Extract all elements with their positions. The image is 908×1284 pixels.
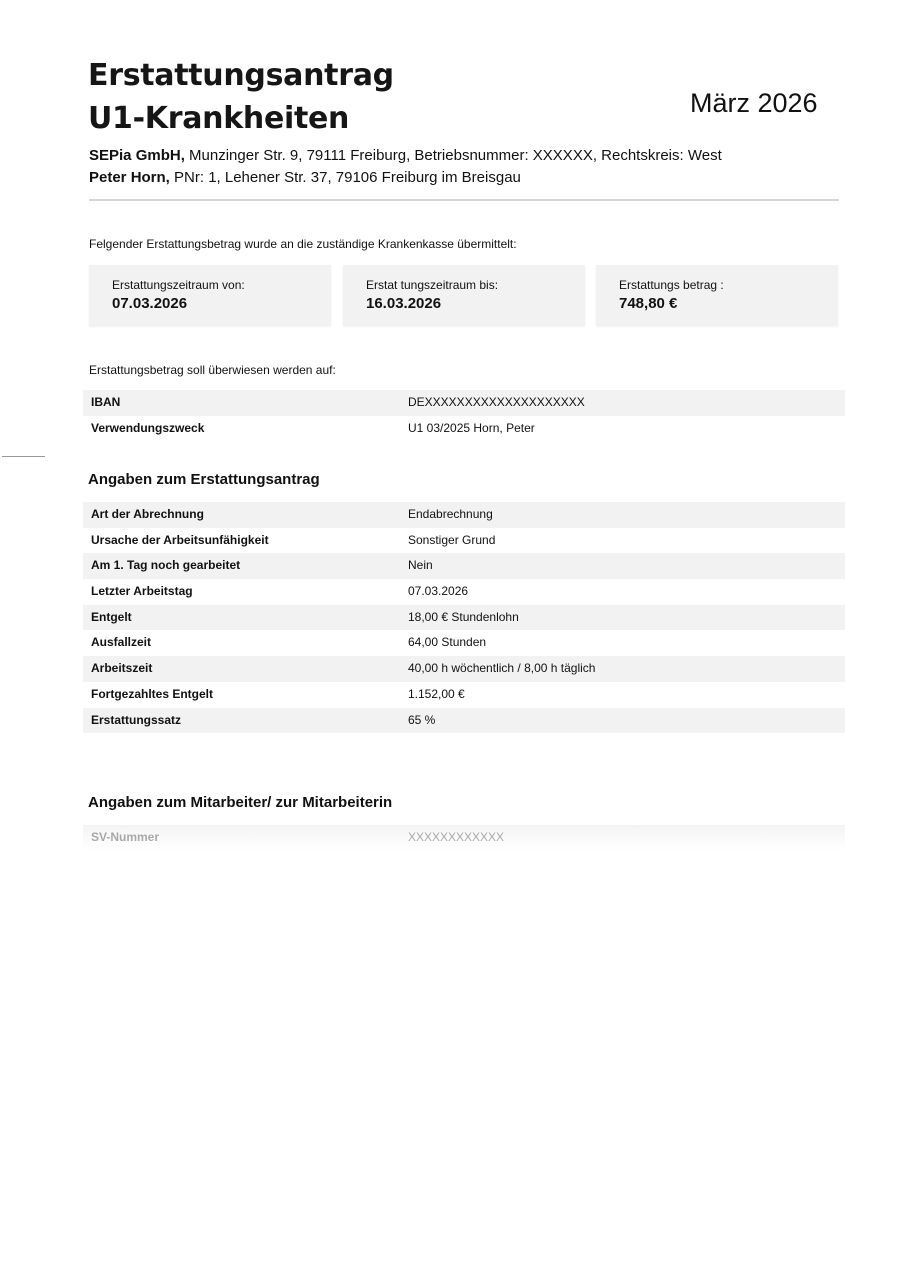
card-refund-amount: Erstattungs betrag : 748,80 €	[596, 265, 838, 326]
card-value: 748,80 €	[619, 295, 677, 312]
row-key: Entgelt	[91, 610, 132, 624]
card-period-from: Erstattungszeitraum von: 07.03.2026	[89, 265, 331, 326]
table-row: Entgelt18,00 € Stundenlohn	[83, 605, 845, 631]
fold-mark	[2, 456, 45, 457]
application-table: Art der AbrechnungEndabrechnung Ursache …	[83, 502, 845, 733]
table-row: SV-Nummer XXXXXXXXXXXX	[83, 825, 845, 851]
row-value: Nein	[408, 558, 433, 572]
row-key: Erstattungssatz	[91, 713, 181, 727]
employer-line: SEPia GmbH, Munzinger Str. 9, 79111 Frei…	[89, 145, 722, 167]
table-row: Art der AbrechnungEndabrechnung	[83, 502, 845, 528]
employee-table: SV-Nummer XXXXXXXXXXXX	[83, 825, 845, 851]
row-key: Ausfallzeit	[91, 635, 151, 649]
row-value: U1 03/2025 Horn, Peter	[408, 421, 535, 435]
table-row: Ursache der ArbeitsunfähigkeitSonstiger …	[83, 528, 845, 554]
row-value: XXXXXXXXXXXX	[408, 830, 504, 844]
row-key: Am 1. Tag noch gearbeitet	[91, 558, 240, 572]
card-period-to: Erstat tungszeitraum bis: 16.03.2026	[343, 265, 585, 326]
title-line-1: Erstattungsantrag	[88, 54, 394, 97]
row-value: 40,00 h wöchentlich / 8,00 h täglich	[408, 661, 595, 675]
employer-details: Munzinger Str. 9, 79111 Freiburg, Betrie…	[185, 147, 722, 164]
transfer-intro: Erstattungsbetrag soll überwiesen werden…	[89, 363, 336, 377]
row-key: IBAN	[91, 395, 120, 409]
summary-cards: Erstattungszeitraum von: 07.03.2026 Erst…	[89, 265, 839, 326]
row-key: Fortgezahltes Entgelt	[91, 687, 213, 701]
employer-name: SEPia GmbH,	[89, 147, 185, 164]
employee-details: PNr: 1, Lehener Str. 37, 79106 Freiburg …	[170, 169, 521, 186]
table-row: Arbeitszeit40,00 h wöchentlich / 8,00 h …	[83, 656, 845, 682]
row-key: Arbeitszeit	[91, 661, 152, 675]
row-key: Ursache der Arbeitsunfähigkeit	[91, 533, 269, 547]
row-value: 07.03.2026	[408, 584, 468, 598]
row-value: 64,00 Stunden	[408, 635, 486, 649]
card-label: Erstattungszeitraum von:	[112, 278, 245, 292]
table-row: Ausfallzeit64,00 Stunden	[83, 630, 845, 656]
title-line-2: U1-Krankheiten	[88, 97, 394, 140]
document-title: Erstattungsantrag U1-Krankheiten	[88, 54, 394, 140]
table-row: Fortgezahltes Entgelt1.152,00 €	[83, 682, 845, 708]
card-label: Erstattungs betrag :	[619, 278, 724, 292]
card-label: Erstat tungszeitraum bis:	[366, 278, 498, 292]
row-value: 65 %	[408, 713, 435, 727]
row-key: Verwendungszweck	[91, 421, 204, 435]
table-row: Verwendungszweck U1 03/2025 Horn, Peter	[83, 416, 845, 442]
row-value: 18,00 € Stundenlohn	[408, 610, 519, 624]
table-row: Am 1. Tag noch gearbeitetNein	[83, 553, 845, 579]
header-meta: SEPia GmbH, Munzinger Str. 9, 79111 Frei…	[89, 145, 722, 189]
card-value: 16.03.2026	[366, 295, 441, 312]
header-divider	[89, 199, 839, 201]
table-row: IBAN DEXXXXXXXXXXXXXXXXXXXX	[83, 390, 845, 416]
row-value: Endabrechnung	[408, 507, 493, 521]
application-section-title: Angaben zum Erstattungsantrag	[88, 471, 320, 488]
table-row: Letzter Arbeitstag07.03.2026	[83, 579, 845, 605]
row-key: SV-Nummer	[91, 830, 159, 844]
row-value: Sonstiger Grund	[408, 533, 495, 547]
employee-name: Peter Horn,	[89, 169, 170, 186]
row-key: Art der Abrechnung	[91, 507, 204, 521]
row-key: Letzter Arbeitstag	[91, 584, 193, 598]
summary-intro: Felgender Erstattungsbetrag wurde an die…	[89, 237, 517, 251]
transfer-table: IBAN DEXXXXXXXXXXXXXXXXXXXX Verwendungsz…	[83, 390, 845, 441]
card-value: 07.03.2026	[112, 295, 187, 312]
employee-line: Peter Horn, PNr: 1, Lehener Str. 37, 791…	[89, 167, 722, 189]
period-month: März 2026	[690, 88, 818, 119]
table-row: Erstattungssatz65 %	[83, 708, 845, 734]
row-value: DEXXXXXXXXXXXXXXXXXXXX	[408, 395, 585, 409]
row-value: 1.152,00 €	[408, 687, 465, 701]
employee-section-title: Angaben zum Mitarbeiter/ zur Mitarbeiter…	[88, 794, 392, 811]
